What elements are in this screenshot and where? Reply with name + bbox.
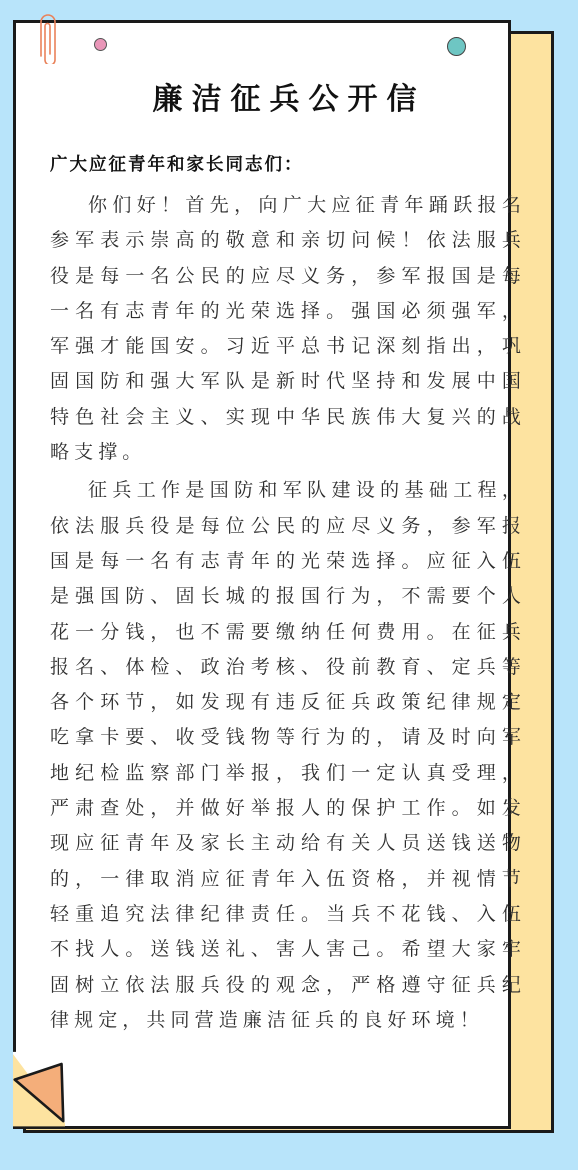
teal-pin-dot-icon xyxy=(447,37,466,56)
paragraph-2: 征兵工作是国防和军队建设的基础工程，依法服兵役是每位公民的应尽义务，参军报国是每… xyxy=(50,473,526,1038)
paragraph-1: 你们好！首先，向广大应征青年踊跃报名参军表示崇高的敬意和亲切问候！依法服兵役是每… xyxy=(50,188,526,470)
paperclip-icon xyxy=(37,14,59,64)
folded-corner-icon xyxy=(13,1051,65,1129)
letter-body: 广大应征青年和家长同志们： 你们好！首先，向广大应征青年踊跃报名参军表示崇高的敬… xyxy=(50,148,526,1041)
letter-title: 廉洁征兵公开信 xyxy=(0,74,578,118)
pink-pin-dot-icon xyxy=(94,38,107,51)
salutation: 广大应征青年和家长同志们： xyxy=(50,148,526,182)
